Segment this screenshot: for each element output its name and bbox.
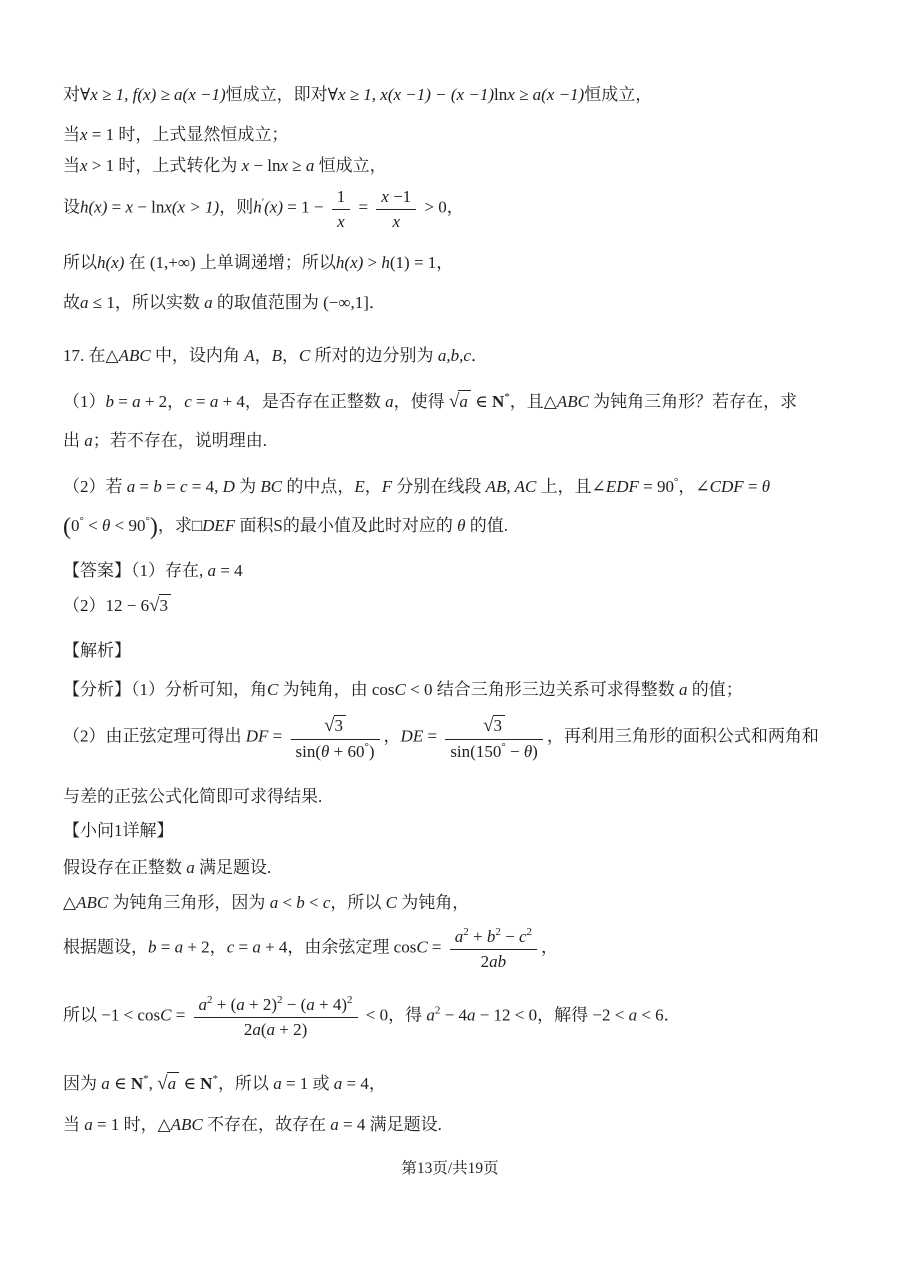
math-run: b xyxy=(148,937,157,956)
text-run: = xyxy=(268,727,286,746)
document-page: 对∀x ≥ 1, f(x) ≥ a(x −1)恒成立，即对∀x ≥ 1, x(x… xyxy=(0,0,900,1273)
text-run: = xyxy=(162,477,180,496)
text-run: = xyxy=(428,937,446,956)
text-run: ，求□ xyxy=(158,516,202,535)
text-run: ，则 xyxy=(219,197,253,216)
math-run: a xyxy=(84,431,93,450)
text-run: 恒成立， xyxy=(314,156,386,175)
text-run: < xyxy=(84,516,102,535)
text-run: − xyxy=(501,927,519,946)
math-run: BC xyxy=(260,477,282,496)
text-run: < xyxy=(305,893,323,912)
text-line-analysis-3: 与差的正弦公式化简即可求得结果. xyxy=(63,786,860,808)
radical-sign-icon: √ xyxy=(483,715,492,736)
text-line-analysis-2: （2）由正弦定理可得出 DF = √3sin(θ + 60°)，DE = √3s… xyxy=(63,714,860,761)
fraction-denominator: x xyxy=(376,210,416,232)
math-run: DEF xyxy=(202,516,235,535)
text-run: 为 xyxy=(235,477,261,496)
text-run: 的中点， xyxy=(282,477,354,496)
text-run: 为钝角，由 cos xyxy=(278,680,394,699)
radical: √a xyxy=(449,390,471,415)
text-run: 假设存在正整数 xyxy=(63,858,186,877)
math-run: a xyxy=(266,1020,275,1039)
radicand: 3 xyxy=(334,715,347,736)
text-run: 17. 在△ xyxy=(63,346,119,365)
text-run: ，且△ xyxy=(510,392,557,411)
math-run: a xyxy=(252,937,261,956)
math-run: h xyxy=(253,197,262,216)
math-run: a xyxy=(236,995,245,1014)
text-run: （2）12 − 6 xyxy=(63,596,149,615)
text-line-assume: 假设存在正整数 a 满足题设. xyxy=(63,857,860,879)
text-run: > 0， xyxy=(420,197,464,216)
text-run: ) xyxy=(369,742,375,761)
text-line-h-monotone: 所以h(x) 在 (1,+∞) 上单调递增；所以h(x) > h(1) = 1， xyxy=(63,252,860,274)
text-run: 当 xyxy=(63,156,80,175)
text-run: ，再利用三角形的面积公式和两角和 xyxy=(547,727,819,746)
fraction-numerator: √3 xyxy=(291,714,380,740)
text-run: 0 xyxy=(71,516,80,535)
text-run: + xyxy=(469,927,487,946)
math-run: x xyxy=(381,187,389,206)
fraction: √3sin(θ + 60°) xyxy=(291,714,380,761)
text-run: = 4 满足题设. xyxy=(339,1115,442,1134)
math-run: B xyxy=(272,346,282,365)
math-run: h(x) xyxy=(97,253,124,272)
text-run: （1） xyxy=(63,392,106,411)
text-line-natural-numbers: 因为 a ∈ N*, √a ∈ N*，所以 a = 1 或 a = 4， xyxy=(63,1072,860,1097)
text-run: ，使得 xyxy=(394,392,449,411)
text-run: + 2， xyxy=(141,392,185,411)
superscript: 2 xyxy=(347,994,353,1006)
text-run: −1 xyxy=(389,187,411,206)
text-run: + 2， xyxy=(183,937,227,956)
math-run: C xyxy=(267,680,278,699)
text-run: + 4，是否存在正整数 xyxy=(218,392,385,411)
text-run: 设 xyxy=(63,197,80,216)
text-line-detail1-header: 【小问1详解】 xyxy=(63,820,860,842)
text-run: ∈ xyxy=(471,392,492,411)
text-run: + 4) xyxy=(315,995,347,1014)
text-run: sin(150 xyxy=(450,742,501,761)
text-run: < 0 结合三角形三边关系可求得整数 xyxy=(406,680,679,699)
text-run: 根据题设， xyxy=(63,937,148,956)
text-run: = 1 或 xyxy=(282,1074,334,1093)
text-line-h-derivative: 设h(x) = x − lnx(x > 1)，则h′(x) = 1 − 1x =… xyxy=(63,186,860,231)
text-run: 【解析】 xyxy=(63,641,131,660)
fraction-denominator: 2a(a + 2) xyxy=(194,1018,358,1040)
text-run: ln xyxy=(494,85,507,104)
math-run: E xyxy=(354,477,364,496)
text-run: ≥ xyxy=(288,156,306,175)
text-run: 2 xyxy=(481,952,490,971)
math-run: a xyxy=(629,1005,638,1024)
text-run: 所以 −1 < cos xyxy=(63,1005,160,1024)
math-run: a xyxy=(273,1074,282,1093)
text-run: > xyxy=(363,253,381,272)
math-run: x xyxy=(80,156,88,175)
math-run: a xyxy=(252,1020,261,1039)
text-run: 面积S的最小值及此时对应的 xyxy=(235,516,457,535)
text-line-case-x-gt-1: 当x > 1 时，上式转化为 x − lnx ≥ a 恒成立， xyxy=(63,155,860,177)
math-run: c xyxy=(184,392,192,411)
text-run: = 1 时，上式显然恒成立； xyxy=(88,125,289,144)
text-line-obtuse: △ABC 为钝角三角形，因为 a < b < c，所以 C 为钝角， xyxy=(63,892,860,914)
math-run: A xyxy=(244,346,254,365)
math-run: a xyxy=(186,858,195,877)
text-run: = xyxy=(354,197,372,216)
text-run: < 0，得 xyxy=(362,1005,427,1024)
text-run: ，∠ xyxy=(678,477,709,496)
text-run: < xyxy=(278,893,296,912)
math-run: h xyxy=(381,253,390,272)
text-run: 为钝角三角形，因为 xyxy=(108,893,270,912)
math-run: h(x) xyxy=(80,197,107,216)
text-run: (1) = 1， xyxy=(390,253,453,272)
fraction-numerator: a2 + (a + 2)2 − (a + 4)2 xyxy=(194,994,358,1018)
text-run: 1 xyxy=(337,187,346,206)
math-run: a xyxy=(385,392,394,411)
text-run: 故 xyxy=(63,293,80,312)
text-run: − ( xyxy=(283,995,307,1014)
text-run: ，所以 xyxy=(218,1074,273,1093)
text-run: ≤ 1，所以实数 xyxy=(89,293,205,312)
text-run: 3 xyxy=(335,716,344,735)
math-run: EDF xyxy=(606,477,639,496)
fraction-denominator: sin(150° − θ) xyxy=(445,740,543,762)
fraction: a2 + b2 − c22ab xyxy=(450,926,537,971)
math-run: a xyxy=(199,995,208,1014)
text-line-question-17: 17. 在△ABC 中，设内角 A，B，C 所对的边分别为 a,b,c． xyxy=(63,345,860,367)
page-footer: 第13页/共19页 xyxy=(0,1156,900,1178)
math-run: x ≥ a(x −1) xyxy=(507,85,584,104)
math-run: AB, AC xyxy=(486,477,537,496)
text-run: ， xyxy=(255,346,272,365)
math-run: F xyxy=(382,477,392,496)
math-run: x xyxy=(80,125,88,144)
math-run: C xyxy=(386,893,397,912)
text-run: 因为 xyxy=(63,1074,101,1093)
text-run: + 60 xyxy=(329,742,364,761)
math-run: a xyxy=(306,995,315,1014)
text-run: 满足题设. xyxy=(195,858,272,877)
text-run: 为钝角， xyxy=(397,893,469,912)
text-line-case-x-equals-1: 当x = 1 时，上式显然恒成立； xyxy=(63,124,860,146)
text-run: ， xyxy=(365,477,382,496)
text-run: 【小问1详解】 xyxy=(63,821,174,840)
text-run: = 1 − xyxy=(283,197,328,216)
math-run: ∀x ≥ 1, f(x) ≥ a(x −1) xyxy=(80,85,226,104)
bold-symbol: N xyxy=(492,392,504,411)
text-run: = xyxy=(135,477,153,496)
math-run: a xyxy=(168,1074,177,1093)
text-run: 上，且∠ xyxy=(536,477,606,496)
radicand: 3 xyxy=(493,715,506,736)
text-run: 与差的正弦公式化简即可求得结果. xyxy=(63,787,322,806)
bold-symbol: N xyxy=(200,1074,212,1093)
text-run: − 4 xyxy=(440,1005,467,1024)
math-run: DF xyxy=(246,727,269,746)
text-run: = xyxy=(744,477,762,496)
text-run: = 4 xyxy=(216,561,243,580)
math-run: C xyxy=(416,937,427,956)
text-run: 所对的边分别为 xyxy=(310,346,438,365)
text-run: 为钝角三角形？若存在，求 xyxy=(589,392,797,411)
text-run: 【分析】（1）分析可知，角 xyxy=(63,680,267,699)
math-run: DE xyxy=(401,727,424,746)
text-run: ；若不存在，说明理由. xyxy=(93,431,267,450)
fraction-numerator: x −1 xyxy=(376,186,416,210)
math-run: a xyxy=(459,392,468,411)
text-run: + 4，由余弦定理 cos xyxy=(261,937,417,956)
text-run: 不存在，故存在 xyxy=(203,1115,331,1134)
math-run: D xyxy=(223,477,235,496)
math-run: a xyxy=(330,1115,339,1134)
math-run: h(x) xyxy=(336,253,363,272)
text-line-answer-1: 【答案】（1）存在, a = 4 xyxy=(63,560,860,582)
text-run: ，所以 xyxy=(330,893,385,912)
math-run: b xyxy=(153,477,162,496)
text-run: 分别在线段 xyxy=(392,477,486,496)
text-run: ∈ xyxy=(110,1074,131,1093)
text-run: 在 (1,+∞) 上单调递增；所以 xyxy=(124,253,336,272)
fraction: a2 + (a + 2)2 − (a + 4)22a(a + 2) xyxy=(194,994,358,1039)
fraction-denominator: 2ab xyxy=(450,950,537,972)
text-run: = 1 时，△ xyxy=(93,1115,171,1134)
text-run: （2）由正弦定理可得出 xyxy=(63,727,246,746)
math-run: ABC xyxy=(76,893,108,912)
text-run: = 90 xyxy=(639,477,674,496)
math-run: a xyxy=(208,561,217,580)
math-run: a,b,c xyxy=(438,346,471,365)
math-run: c xyxy=(519,927,527,946)
text-run: ． xyxy=(471,346,488,365)
text-run: = xyxy=(157,937,175,956)
radical-sign-icon: √ xyxy=(157,1073,166,1094)
text-run: ) xyxy=(532,742,538,761)
math-run: a xyxy=(132,392,141,411)
text-line-conclusion: 当 a = 1 时，△ABC 不存在，故存在 a = 4 满足题设. xyxy=(63,1114,860,1136)
text-line-answer-2: （2）12 − 6√3 xyxy=(63,594,860,619)
radical-sign-icon: √ xyxy=(324,715,333,736)
text-run: ∈ xyxy=(179,1074,200,1093)
fraction: x −1x xyxy=(376,186,416,231)
radical: √a xyxy=(157,1072,179,1097)
text-run: 恒成立，即对 xyxy=(226,85,328,104)
text-run: = xyxy=(107,197,125,216)
text-line-forall-setup: 对∀x ≥ 1, f(x) ≥ a(x −1)恒成立，即对∀x ≥ 1, x(x… xyxy=(63,84,860,106)
text-line-part1-question: （1）b = a + 2，c = a + 4，是否存在正整数 a，使得 √a ∈… xyxy=(63,390,860,415)
text-run: − 12 < 0，解得 −2 < xyxy=(475,1005,628,1024)
text-run: = xyxy=(171,1005,189,1024)
text-run: 【答案】（1）存在, xyxy=(63,561,208,580)
text-run: − ln xyxy=(133,197,164,216)
text-line-inequality: 所以 −1 < cosC = a2 + (a + 2)2 − (a + 4)22… xyxy=(63,994,860,1039)
fraction: √3sin(150° − θ) xyxy=(445,714,543,761)
text-run: > 1 时，上式转化为 xyxy=(88,156,242,175)
text-run: 恒成立， xyxy=(584,85,652,104)
math-run: x(x > 1) xyxy=(164,197,219,216)
text-run: + 2) xyxy=(275,1020,307,1039)
page-number: 第13页/共19页 xyxy=(401,1160,498,1177)
text-run: − xyxy=(506,742,524,761)
text-run: 3 xyxy=(160,596,169,615)
text-run: ， xyxy=(282,346,299,365)
text-run: ， xyxy=(541,937,558,956)
text-run: sin( xyxy=(296,742,322,761)
text-run: − ln xyxy=(249,156,280,175)
text-run: = xyxy=(234,937,252,956)
fraction-numerator: 1 xyxy=(332,186,351,210)
math-run: a xyxy=(204,293,213,312)
text-run: 中，设内角 xyxy=(151,346,245,365)
text-run: < 90 xyxy=(110,516,145,535)
text-run: 的值. xyxy=(466,516,509,535)
math-run: ABC xyxy=(171,1115,203,1134)
math-run: a xyxy=(426,1005,435,1024)
radical: √3 xyxy=(324,715,346,737)
text-run: 的值； xyxy=(687,680,742,699)
math-run: a xyxy=(455,927,464,946)
text-run: , xyxy=(149,1074,158,1093)
text-run: 出 xyxy=(63,431,84,450)
math-run: a xyxy=(101,1074,110,1093)
text-line-a-range: 故a ≤ 1，所以实数 a 的取值范围为 (−∞,1]． xyxy=(63,292,860,314)
superscript: 2 xyxy=(527,926,533,938)
math-run: ab xyxy=(489,952,506,971)
math-run: θ xyxy=(524,742,532,761)
text-run: = xyxy=(114,392,132,411)
math-run: x xyxy=(281,156,289,175)
text-run: ， xyxy=(384,727,401,746)
math-run: CDF xyxy=(710,477,744,496)
math-run: θ xyxy=(457,516,465,535)
big-paren: ( xyxy=(63,514,71,540)
big-paren: ) xyxy=(150,514,158,540)
math-run: C xyxy=(299,346,310,365)
text-run: 所以 xyxy=(63,253,97,272)
fraction: 1x xyxy=(332,186,351,231)
text-run: < 6． xyxy=(637,1005,681,1024)
radicand: a xyxy=(458,390,471,413)
text-run: （2）若 xyxy=(63,477,127,496)
math-run: C xyxy=(395,680,406,699)
text-run: = xyxy=(423,727,441,746)
math-run: ABC xyxy=(557,392,589,411)
radicand: 3 xyxy=(159,594,172,617)
text-line-part2-question-2: (0° < θ < 90°)，求□DEF 面积S的最小值及此时对应的 θ 的值. xyxy=(63,512,860,543)
math-run: a xyxy=(80,293,89,312)
radical: √3 xyxy=(483,715,505,737)
text-run: + 2) xyxy=(245,995,277,1014)
text-line-analysis-1: 【分析】（1）分析可知，角C 为钝角，由 cosC < 0 结合三角形三边关系可… xyxy=(63,679,860,701)
math-run: ABC xyxy=(119,346,151,365)
fraction-denominator: sin(θ + 60°) xyxy=(291,740,380,762)
text-run: + ( xyxy=(213,995,237,1014)
math-run: θ xyxy=(762,477,770,496)
math-run: a xyxy=(127,477,136,496)
math-run: ∀x ≥ 1, x(x −1) − (x −1) xyxy=(328,85,494,104)
text-run: = 4, xyxy=(187,477,222,496)
math-run: a xyxy=(270,893,279,912)
text-line-cosine-rule: 根据题设，b = a + 2，c = a + 4，由余弦定理 cosC = a2… xyxy=(63,926,860,971)
math-run: x xyxy=(337,212,345,231)
text-run: △ xyxy=(63,893,76,912)
text-run: 的取值范围为 (−∞,1]． xyxy=(213,293,386,312)
math-run: b xyxy=(296,893,305,912)
math-run: C xyxy=(160,1005,171,1024)
text-line-part2-question: （2）若 a = b = c = 4, D 为 BC 的中点，E，F 分别在线段… xyxy=(63,476,860,498)
bold-symbol: N xyxy=(131,1074,143,1093)
fraction-denominator: x xyxy=(332,210,351,232)
text-run: 当 xyxy=(63,1115,84,1134)
fraction-numerator: √3 xyxy=(445,714,543,740)
math-run: a xyxy=(334,1074,343,1093)
radicand: a xyxy=(167,1072,180,1095)
math-run: x xyxy=(125,197,133,216)
text-run: 当 xyxy=(63,125,80,144)
math-run: a xyxy=(175,937,184,956)
math-run: (x) xyxy=(264,197,283,216)
math-run: a xyxy=(84,1115,93,1134)
text-run: 3 xyxy=(494,716,503,735)
text-line-part1-question-2: 出 a；若不存在，说明理由. xyxy=(63,430,860,452)
math-run: b xyxy=(106,392,115,411)
radical-sign-icon: √ xyxy=(149,595,158,616)
text-run: 对 xyxy=(63,85,80,104)
text-run: = xyxy=(192,392,210,411)
radical: √3 xyxy=(149,594,171,619)
text-line-analysis-header: 【解析】 xyxy=(63,640,860,662)
math-run: x xyxy=(392,212,400,231)
fraction-numerator: a2 + b2 − c2 xyxy=(450,926,537,950)
text-run: = 4， xyxy=(342,1074,386,1093)
radical-sign-icon: √ xyxy=(449,391,458,412)
